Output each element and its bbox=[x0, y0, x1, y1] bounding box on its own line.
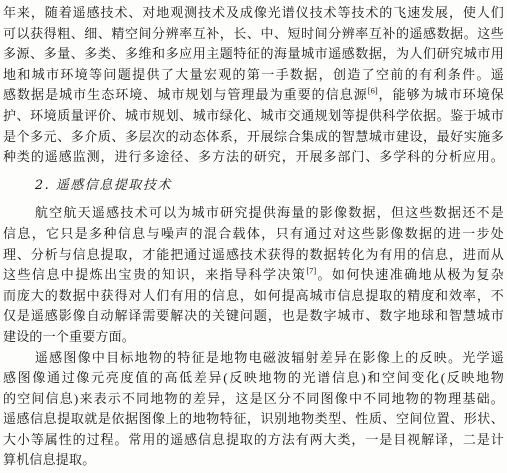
text-line: 感图像通过像元亮度值的高低差异(反映地物的光谱信息)和空间变化(反映地物 bbox=[3, 368, 504, 389]
text-segment: 这些信息中提炼出宝贵的知识，来指导科学决策 bbox=[3, 267, 306, 282]
text-line: 护、环境质量评价、城市规划、城市绿化、城市交通规划等提供科学依据。鉴于城市 bbox=[3, 106, 504, 127]
paragraph-3: 遥感图像中目标地物的特征是地物电磁波辐射差异在影像上的反映。光学遥 感图像通过像… bbox=[3, 348, 504, 472]
book-page: 年来，随着遥感技术、对地观测技术及成像光谱仪技术等技术的飞速发展，使人们 可以获… bbox=[0, 0, 507, 473]
text-line: 感数据是城市生态环境、城市规划与管理最为重要的信息源[6]，能够为城市环境保 bbox=[3, 85, 504, 106]
text-line: 大小等属性的过程。常用的遥感信息提取的方法有两大类，一是目视解译，二是计 bbox=[3, 430, 504, 451]
text-line: 多源、多量、多类、多维和多应用主题特征的海量城市遥感数据，为人们研究城市用 bbox=[3, 44, 504, 65]
text-line: 的空间信息)来表示不同地物的差异，这是区分不同图像中不同地物的物理基础。 bbox=[3, 389, 504, 410]
text-line: 地和城市环境等问题提供了大量宏观的第一手数据，创造了空前的有利条件。遥 bbox=[3, 65, 504, 86]
text-line: 仅是遥感影像自动解译需要解决的关键问题，也是数字城市、数字地球和智慧城市 bbox=[3, 306, 504, 327]
text-line: 遥感图像中目标地物的特征是地物电磁波辐射差异在影像上的反映。光学遥 bbox=[3, 348, 504, 369]
text-line: 年来，随着遥感技术、对地观测技术及成像光谱仪技术等技术的飞速发展，使人们 bbox=[3, 3, 504, 24]
paragraph-2: 航空航天遥感技术可以为城市研究提供海量的影像数据，但这些数据还不是 信息，它只是… bbox=[3, 203, 504, 347]
text-line: 航空航天遥感技术可以为城市研究提供海量的影像数据，但这些数据还不是 bbox=[3, 203, 504, 224]
text-segment: ，能够为城市环境保 bbox=[378, 87, 504, 102]
citation-marker-6: [6] bbox=[368, 86, 378, 96]
text-line: 建设的一个重要方面。 bbox=[3, 327, 504, 348]
text-line: 种类的遥感监测，进行多途径、多方法的研究，开展多部门、多学科的分析应用。 bbox=[3, 147, 504, 168]
text-line: 是个多元、多介质、多层次的动态体系，开展综合集成的智慧城市建设，最好实施多 bbox=[3, 127, 504, 148]
text-line: 而庞大的数据中获得对人们有用的信息，如何提高城市信息提取的精度和效率，不 bbox=[3, 286, 504, 307]
text-line: 可以获得粗、细、精空间分辨率互补，长、中、短时间分辨率互补的遥感数据。这些 bbox=[3, 24, 504, 45]
section-heading-2: 2. 遥感信息提取技术 bbox=[3, 176, 504, 197]
text-line: 遥感信息提取就是依据图像上的地物特征，识别地物类型、性质、空间位置、形状、 bbox=[3, 409, 504, 430]
text-line: 这些信息中提炼出宝贵的知识，来指导科学决策[7]。如何快速准确地从极为复杂 bbox=[3, 265, 504, 286]
paragraph-continuation: 年来，随着遥感技术、对地观测技术及成像光谱仪技术等技术的飞速发展，使人们 可以获… bbox=[3, 3, 504, 168]
text-line: 信息，它只是多种信息与噪声的混合载体，只有通过对这些影像数据的进一步处 bbox=[3, 224, 504, 245]
citation-marker-7: [7] bbox=[306, 266, 316, 276]
text-segment: 感数据是城市生态环境、城市规划与管理最为重要的信息源 bbox=[3, 87, 368, 102]
text-segment: 。如何快速准确地从极为复杂 bbox=[316, 267, 504, 282]
text-line: 算机信息提取。 bbox=[3, 450, 504, 471]
text-line: 理、分析与信息提取，才能把通过遥感技术获得的数据转化为有用的信息，进而从 bbox=[3, 245, 504, 266]
